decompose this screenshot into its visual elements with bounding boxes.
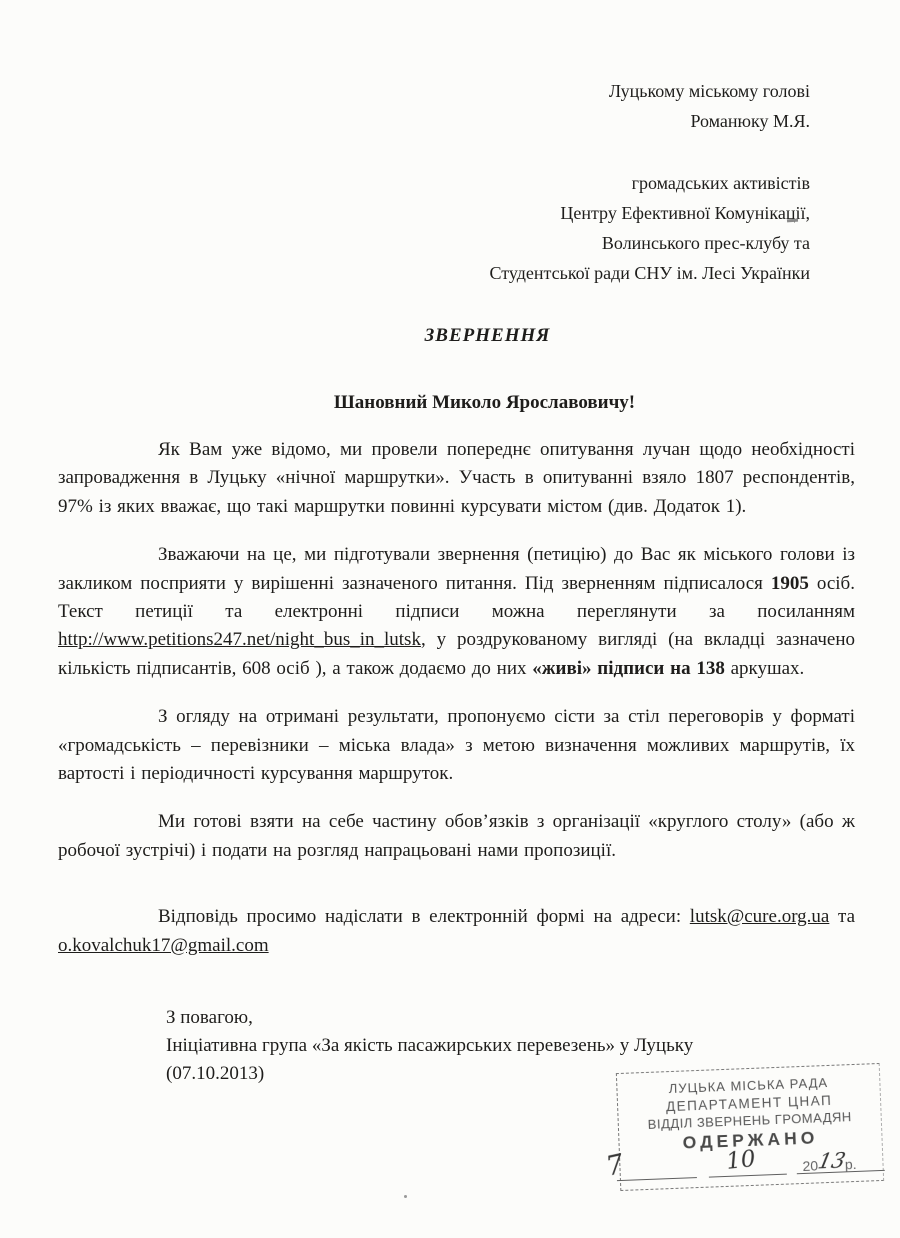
paragraph-survey: Як Вам уже відомо, ми провели попереднє …	[58, 436, 855, 521]
stamp-month-blank-line	[709, 1174, 787, 1178]
petition-text: аркушах.	[725, 658, 804, 679]
paragraph-negotiations: З огляду на отримані результати, пропону…	[58, 703, 855, 788]
sender-line: Центру Ефективної Комунікації,	[58, 198, 810, 228]
contact-email-kovalchuk: o.kovalchuk17@gmail.com	[58, 935, 269, 956]
addressee-line: Романюку М.Я.	[58, 106, 810, 136]
paragraph-roundtable: Ми готові взяти на себе частину обов’язк…	[58, 808, 855, 865]
salutation: Шановний Миколо Ярославовичу!	[86, 390, 883, 416]
stamp-handwritten-year: 13	[815, 1148, 847, 1173]
petition-text: Зважаючи на це, ми підготували звернення…	[58, 544, 855, 593]
sender-line: Волинського прес-клубу та	[58, 228, 810, 258]
addressee-line: Луцькому міському голові	[58, 76, 810, 106]
contact-email-cure: lutsk@cure.org.ua	[690, 906, 830, 927]
paragraph-petition: Зважаючи на це, ми підготували звернення…	[58, 541, 855, 683]
petition-url: http://www.petitions247.net/night_bus_in…	[58, 629, 421, 650]
paragraph-contact: Відповідь просимо надіслати в електронні…	[58, 903, 855, 960]
addressee-block: Луцькому міському голові Романюку М.Я.	[58, 76, 855, 136]
stamp-handwritten-month: 10	[725, 1146, 757, 1175]
sender-line: громадських активістів	[58, 168, 810, 198]
received-stamp: ЛУЦЬКА МІСЬКА РАДА ДЕПАРТАМЕНТ ЦНАП ВІДД…	[616, 1063, 884, 1191]
stamp-year-suffix: р.	[845, 1156, 857, 1172]
stamp-year-group: 2013р.	[802, 1150, 857, 1176]
signature-line: Ініціативна група «За якість пасажирськи…	[58, 1032, 855, 1060]
scan-artifact-dot	[404, 1195, 407, 1198]
stamp-day-blank-line	[617, 1177, 697, 1181]
contact-text: та	[829, 906, 855, 927]
signers-count: 1905	[771, 573, 809, 594]
letter-content: Луцькому міському голові Романюку М.Я. г…	[0, 0, 900, 1088]
contact-text: Відповідь просимо надіслати в електронні…	[158, 906, 690, 927]
letter-title: ЗВЕРНЕННЯ	[89, 324, 886, 348]
scanned-letter-page: Луцькому міському голові Романюку М.Я. г…	[0, 0, 900, 1238]
closing-line: З повагою,	[58, 1004, 855, 1032]
sender-line: Студентської ради СНУ ім. Лесі Українки	[58, 258, 810, 288]
sender-block: громадських активістів Центру Ефективної…	[58, 168, 855, 288]
live-signatures-text: «живі» підписи на 138	[532, 658, 725, 679]
